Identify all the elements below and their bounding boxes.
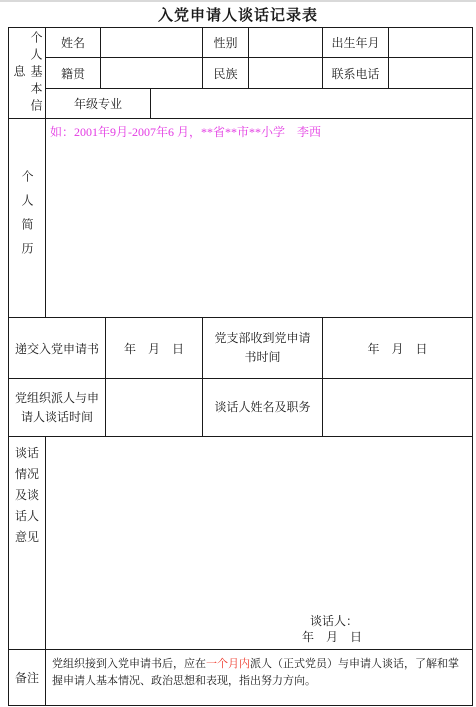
ethnicity-value-cell[interactable] xyxy=(249,58,323,88)
talk-time-label: 党组织派人与申请人谈话时间 xyxy=(9,379,106,436)
basic-info-row-3: 年级专业 xyxy=(46,89,472,118)
basic-info-section-label-cell: 个人基本信息 xyxy=(9,28,46,118)
hometown-label: 籍贯 xyxy=(46,58,101,88)
section-talk-assignment: 党组织派人与申请人谈话时间 谈话人姓名及职务 xyxy=(9,379,472,437)
gender-value-cell[interactable] xyxy=(249,28,323,57)
remarks-section-label: 备注 xyxy=(15,669,39,686)
remarks-text-before: 党组织接到入党申请书后，应在 xyxy=(52,658,206,670)
signature-block: 谈话人： 年 月 日 xyxy=(302,613,362,645)
talk-record-section-label: 谈话情况及谈话人意见 xyxy=(9,443,45,548)
talker-name-label-text: 谈话人姓名及职务 xyxy=(204,398,320,417)
document-page: 入党申请人谈话记录表 个人基本信息 姓名 性别 出生年月 籍贯 民族 xyxy=(0,0,476,707)
name-label: 姓名 xyxy=(46,28,101,57)
section-talk-record: 谈话情况及谈话人意见 谈话人： 年 月 日 xyxy=(9,437,472,650)
basic-info-row-1: 姓名 性别 出生年月 xyxy=(46,28,472,58)
gender-label: 性别 xyxy=(203,28,249,57)
phone-value-cell[interactable] xyxy=(389,58,472,88)
signature-date-label: 年 月 日 xyxy=(302,629,362,645)
signer-label: 谈话人： xyxy=(302,613,362,629)
birthdate-label: 出生年月 xyxy=(323,28,389,57)
talk-record-content-cell[interactable]: 谈话人： 年 月 日 xyxy=(46,437,472,649)
talker-name-label: 谈话人姓名及职务 xyxy=(203,379,323,436)
talk-record-section-label-cell: 谈话情况及谈话人意见 xyxy=(9,437,46,649)
resume-section-label-cell: 个人简历 xyxy=(9,119,46,317)
section-application-dates: 递交入党申请书 年 月 日 党支部收到党申请书时间 年 月 日 xyxy=(9,318,472,379)
phone-label: 联系电话 xyxy=(323,58,389,88)
submit-date-cell[interactable]: 年 月 日 xyxy=(106,318,203,378)
branch-received-label: 党支部收到党申请书时间 xyxy=(203,318,323,378)
form-table: 个人基本信息 姓名 性别 出生年月 籍贯 民族 联系电话 xyxy=(8,27,473,706)
page-title: 入党申请人谈话记录表 xyxy=(0,4,476,25)
resume-section-label: 个人简历 xyxy=(17,170,37,266)
resume-example-text: 如：2001年9月-2007年6 月，**省**市**小学 李西 xyxy=(50,123,321,140)
resume-content-cell[interactable]: 如：2001年9月-2007年6 月，**省**市**小学 李西 xyxy=(46,119,472,317)
section-resume: 个人简历 如：2001年9月-2007年6 月，**省**市**小学 李西 xyxy=(9,119,472,318)
top-edge-divider xyxy=(0,0,476,2)
talk-time-label-text: 党组织派人与申请人谈话时间 xyxy=(9,389,105,427)
grade-major-label: 年级专业 xyxy=(46,89,151,118)
talker-name-value-cell[interactable] xyxy=(323,379,472,436)
basic-info-grid: 姓名 性别 出生年月 籍贯 民族 联系电话 年级专业 xyxy=(46,28,472,118)
remarks-text-cell: 党组织接到入党申请书后，应在一个月内派人（正式党员）与申请人谈话，了解和掌握申请… xyxy=(46,650,472,705)
ethnicity-label: 民族 xyxy=(203,58,249,88)
branch-received-label-text: 党支部收到党申请书时间 xyxy=(203,329,322,367)
birthdate-value-cell[interactable] xyxy=(389,28,472,57)
talk-time-value-cell[interactable] xyxy=(106,379,203,436)
submit-application-label: 递交入党申请书 xyxy=(9,318,106,378)
section-remarks: 备注 党组织接到入党申请书后，应在一个月内派人（正式党员）与申请人谈话，了解和掌… xyxy=(9,650,472,705)
remarks-highlight-text: 一个月内 xyxy=(206,658,250,670)
remarks-section-label-cell: 备注 xyxy=(9,650,46,705)
section-basic-info: 个人基本信息 姓名 性别 出生年月 籍贯 民族 联系电话 xyxy=(9,28,472,119)
name-value-cell[interactable] xyxy=(101,28,203,57)
hometown-value-cell[interactable] xyxy=(101,58,203,88)
basic-info-section-label: 个人基本信息 xyxy=(10,30,44,116)
grade-major-value-cell[interactable] xyxy=(151,89,472,118)
basic-info-row-2: 籍贯 民族 联系电话 xyxy=(46,58,472,89)
received-date-cell[interactable]: 年 月 日 xyxy=(323,318,472,378)
